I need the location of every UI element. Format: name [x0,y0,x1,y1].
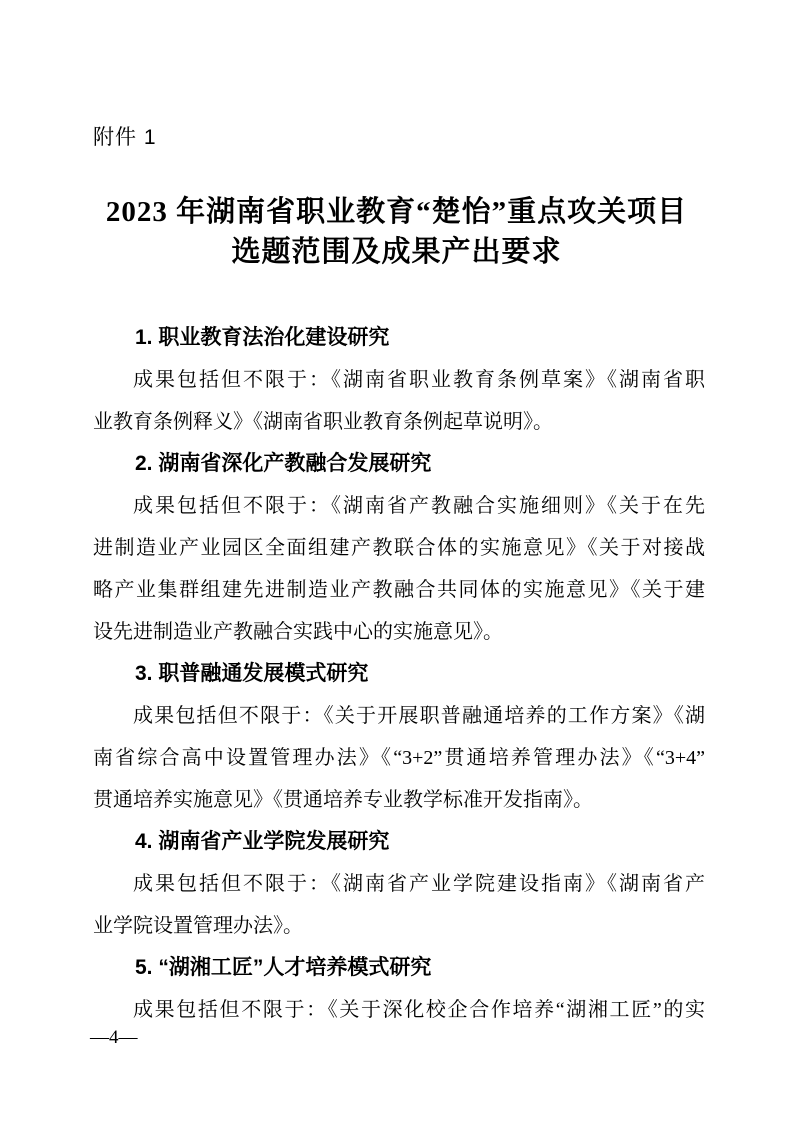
body-line: 成果包括但不限于：《湖南省职业教育条例草案》《湖南省职 [93,359,705,401]
section-heading: 2. 湖南省深化产教融合发展研究 [93,443,705,485]
document-title: 2023 年湖南省职业教育“楚怡”重点攻关项目 选题范围及成果产出要求 [0,192,793,272]
body-line: 成果包括但不限于：《关于深化校企合作培养“湖湘工匠”的实 [93,989,705,1031]
section-heading: 3. 职普融通发展模式研究 [93,653,705,695]
document-page: 附件 1 2023 年湖南省职业教育“楚怡”重点攻关项目 选题范围及成果产出要求… [0,0,793,1122]
body-line: 业教育条例释义》《湖南省职业教育条例起草说明》。 [93,401,705,443]
body-line: 设先进制造业产教融合实践中心的实施意见》。 [93,611,705,653]
body-line: 成果包括但不限于：《湖南省产教融合实施细则》《关于在先 [93,485,705,527]
body-line: 进制造业产业园区全面组建产教联合体的实施意见》《关于对接战 [93,527,705,569]
body-line: 成果包括但不限于：《关于开展职普融通培养的工作方案》《湖 [93,695,705,737]
section-heading: 5. “湖湘工匠”人才培养模式研究 [93,947,705,989]
body-line: 业学院设置管理办法》。 [93,905,705,947]
document-title-line-2: 选题范围及成果产出要求 [0,232,793,272]
page-number: —4— [90,1027,138,1049]
body-line: 贯通培养实施意见》《贯通培养专业教学标准开发指南》。 [93,779,705,821]
attachment-label: 附件 1 [93,121,157,151]
section-heading: 1. 职业教育法治化建设研究 [93,317,705,359]
body-line: 成果包括但不限于：《湖南省产业学院建设指南》《湖南省产 [93,863,705,905]
section-heading: 4. 湖南省产业学院发展研究 [93,821,705,863]
content: 1. 职业教育法治化建设研究成果包括但不限于：《湖南省职业教育条例草案》《湖南省… [93,317,705,1031]
body-line: 南省综合高中设置管理办法》《“3+2”贯通培养管理办法》《“3+4” [93,737,705,779]
body-line: 略产业集群组建先进制造业产教融合共同体的实施意见》《关于建 [93,569,705,611]
document-title-line-1: 2023 年湖南省职业教育“楚怡”重点攻关项目 [0,192,793,232]
